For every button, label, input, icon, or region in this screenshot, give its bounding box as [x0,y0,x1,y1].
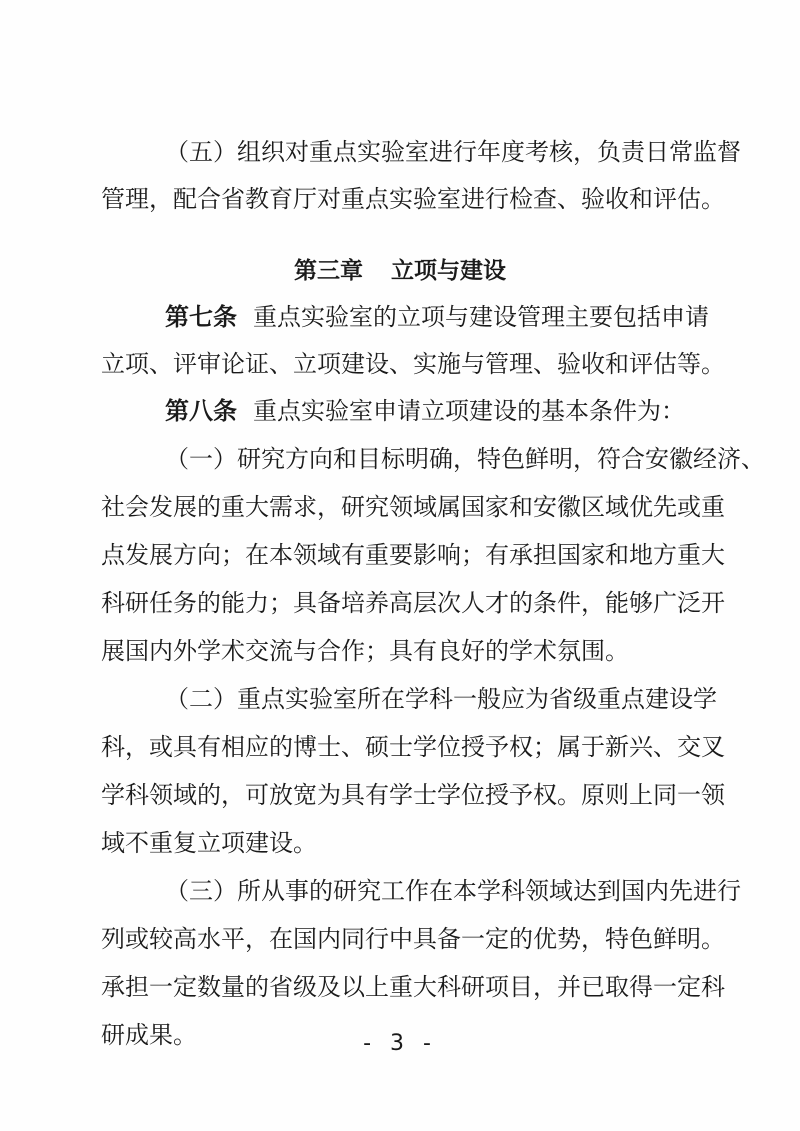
article-7-line-1: 第七条重点实验室的立项与建设管理主要包括申请 [165,293,673,341]
condition-3-line-1: （三）所从事的研究工作在本学科领域达到国内先进行 [165,867,673,915]
chapter-number: 第三章 [294,258,363,284]
chapter-heading: 第三章立项与建设 [0,247,800,295]
document-page: （五）组织对重点实验室进行年度考核，负责日常监督 管理，配合省教育厅对重点实验室… [0,0,800,1131]
item-5-line-1: （五）组织对重点实验室进行年度考核，负责日常监督 [165,128,673,176]
condition-1-line-1: （一）研究方向和目标明确，特色鲜明，符合安徽经济、 [165,435,673,483]
condition-2-line-4: 域不重复立项建设。 [101,819,673,867]
condition-3-line-2: 列或较高水平，在国内同行中具备一定的优势，特色鲜明。 [101,915,673,963]
article-7-text: 重点实验室的立项与建设管理主要包括申请 [253,303,709,331]
condition-3-line-3: 承担一定数量的省级及以上重大科研项目，并已取得一定科 [101,963,673,1011]
condition-2-line-1: （二）重点实验室所在学科一般应为省级重点建设学 [165,675,673,723]
article-8-label: 第八条 [165,397,237,425]
chapter-title: 立项与建设 [391,258,506,284]
article-7-line-2: 立项、评审论证、立项建设、实施与管理、验收和评估等。 [101,340,673,388]
item-5-line-2: 管理，配合省教育厅对重点实验室进行检查、验收和评估。 [101,175,673,223]
condition-2-line-2: 科，或具有相应的博士、硕士学位授予权；属于新兴、交叉 [101,723,673,771]
condition-1-line-3: 点发展方向；在本领域有重要影响；有承担国家和地方重大 [101,531,673,579]
condition-1-line-4: 科研任务的能力；具备培养高层次人才的条件，能够广泛开 [101,579,673,627]
page-number: - 3 - [0,1020,800,1068]
article-8-line-1: 第八条重点实验室申请立项建设的基本条件为： [165,387,673,435]
condition-1-line-5: 展国内外学术交流与合作；具有良好的学术氛围。 [101,627,673,675]
article-8-text: 重点实验室申请立项建设的基本条件为： [253,397,685,425]
article-7-label: 第七条 [165,303,237,331]
condition-1-line-2: 社会发展的重大需求，研究领域属国家和安徽区域优先或重 [101,483,673,531]
condition-2-line-3: 学科领域的，可放宽为具有学士学位授予权。原则上同一领 [101,771,673,819]
